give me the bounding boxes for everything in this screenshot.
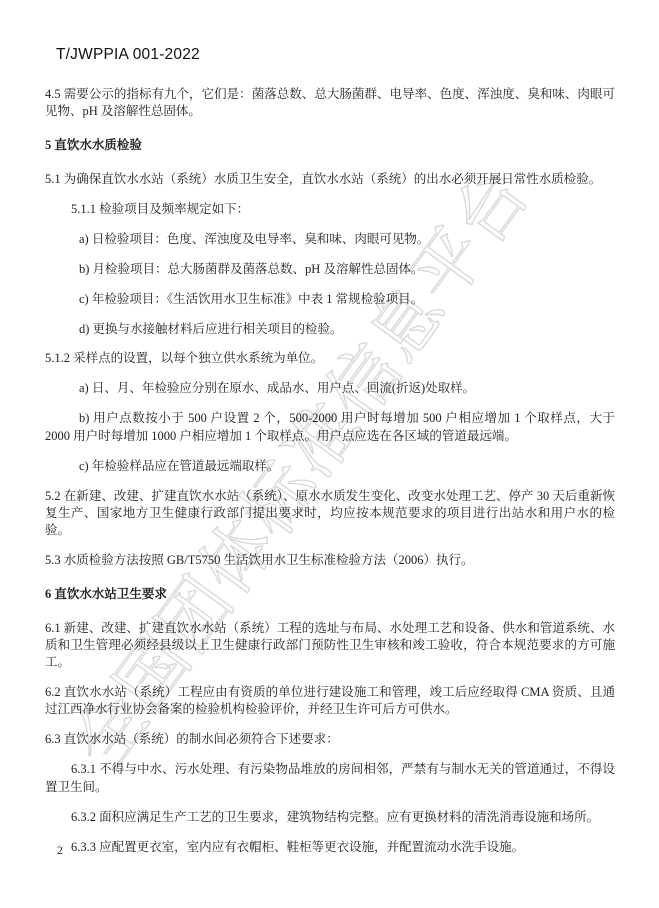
paragraph: 6.2 直饮水水站（系统）工程应由有资质的单位进行建设施工和管理，竣工后应经取得…	[45, 684, 615, 719]
paragraph: 6.3.1 不得与中水、污水处理、有污染物品堆放的房间相邻，严禁有与制水无关的管…	[45, 761, 615, 796]
paragraph: 4.5 需要公示的指标有九个，它们是：菌落总数、总大肠菌群、电导率、色度、浑浊度…	[45, 86, 615, 121]
paragraph: 5.1.2 采样点的设置，以每个独立供水系统为单位。	[45, 350, 615, 367]
paragraph: b) 月检验项目：总大肠菌群及菌落总数、pH 及溶解性总固体。	[45, 261, 615, 278]
document-header-standard-number: T/JWPPIA 001-2022	[56, 46, 200, 64]
paragraph: 5.2 在新建、改建、扩建直饮水水站（系统）、原水水质发生变化、改变水处理工艺、…	[45, 488, 615, 540]
paragraph: 6.3.3 应配置更衣室，室内应有衣帽柜、鞋柜等更衣设施，并配置流动水洗手设施。	[45, 839, 615, 856]
paragraph: c) 年检验项目：《生活饮用水卫生标准》中表 1 常规检验项目。	[45, 291, 615, 308]
paragraph: 6.3 直饮水水站（系统）的制水间必须符合下述要求：	[45, 731, 615, 748]
paragraph: 5.3 水质检验方法按照 GB/T5750 生活饮用水卫生标准检验方法（2006…	[45, 552, 615, 569]
paragraph: c) 年检验样品应在管道最远端取样。	[45, 458, 615, 475]
paragraph: a) 日、月、年检验应分别在原水、成品水、用户点、回流(折返)处取样。	[45, 380, 615, 397]
document-page: 全国团体标准信息平台 T/JWPPIA 001-2022 4.5 需要公示的指标…	[0, 0, 659, 908]
paragraph: a) 日检验项目：色度、浑浊度及电导率、臭和味、肉眼可见物。	[45, 231, 615, 248]
paragraph: 5.1.1 检验项目及频率规定如下：	[45, 201, 615, 218]
section-heading: 6 直饮水水站卫生要求	[45, 582, 615, 603]
page-number: 2	[57, 845, 63, 857]
paragraph: 5.1 为确保直饮水水站（系统）水质卫生安全，直饮水水站（系统）的出水必须开展日…	[45, 171, 615, 188]
paragraph: 6.1 新建、改建、扩建直饮水水站（系统）工程的选址与布局、水处理工艺和设备、供…	[45, 620, 615, 672]
paragraph: d) 更换与水接触材料后应进行相关项目的检验。	[45, 321, 615, 338]
section-heading: 5 直饮水水质检验	[45, 133, 615, 154]
document-body: 4.5 需要公示的指标有九个，它们是：菌落总数、总大肠菌群、电导率、色度、浑浊度…	[45, 86, 615, 869]
paragraph: 6.3.2 面积应满足生产工艺的卫生要求，建筑物结构完整。应有更换材料的清洗消毒…	[45, 809, 615, 826]
paragraph: b) 用户点数按小于 500 户设置 2 个，500-2000 用户时每增加 5…	[45, 410, 615, 445]
